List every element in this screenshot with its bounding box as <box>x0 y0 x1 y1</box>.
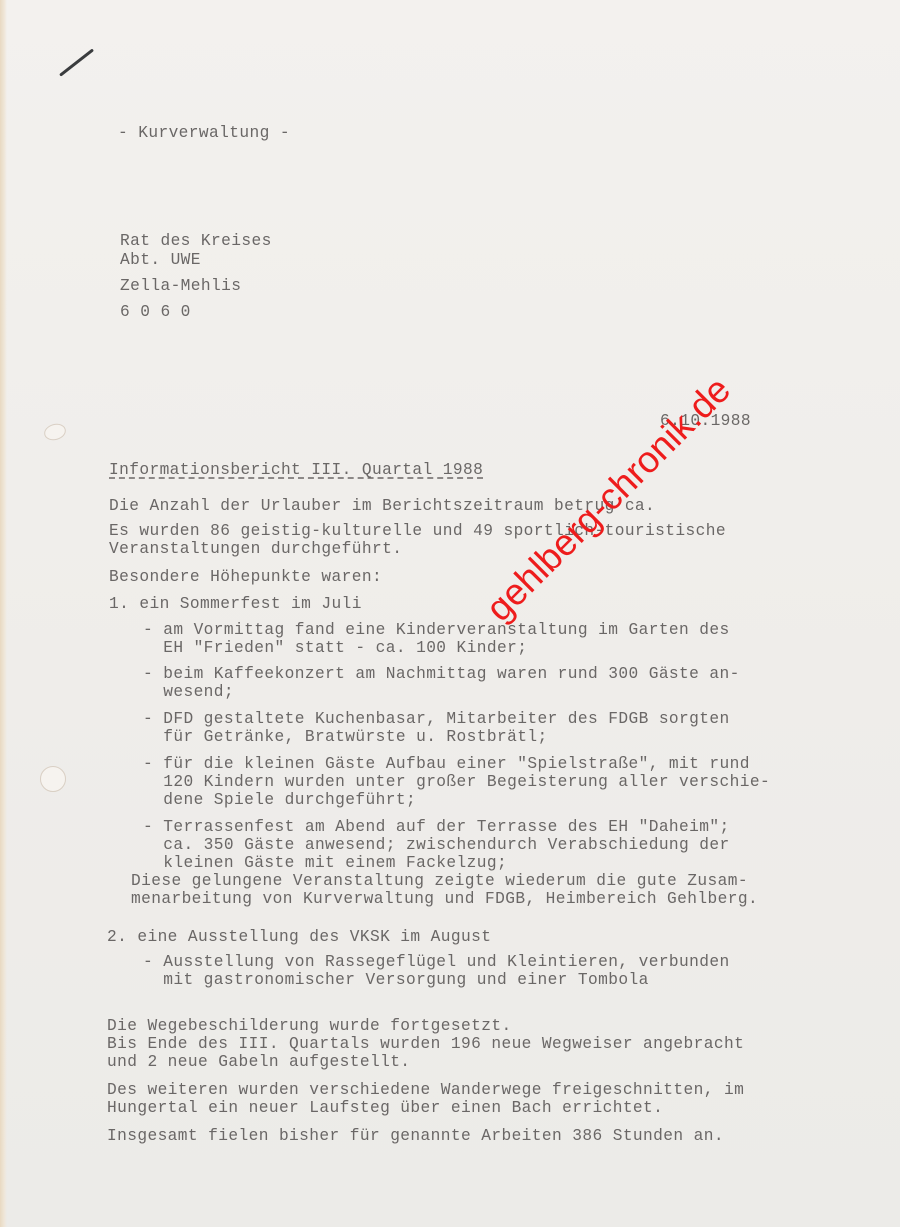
document-page: - Kurverwaltung - Rat des Kreises Abt. U… <box>0 0 900 1227</box>
paper-edge <box>0 0 7 1227</box>
paragraph-events-l1: Es wurden 86 geistig-kulturelle und 49 s… <box>109 522 726 540</box>
paragraph-trails-l2: Hungertal ein neuer Laufsteg über einen … <box>107 1099 663 1117</box>
item1-bullet2-l1: - beim Kaffeekonzert am Nachmittag waren… <box>143 665 740 683</box>
item1-bullet4-l1: - für die kleinen Gäste Aufbau einer "Sp… <box>143 755 750 773</box>
recipient-city: Zella-Mehlis <box>120 277 241 295</box>
paragraph-hours: Insgesamt fielen bisher für genannte Arb… <box>107 1127 724 1145</box>
recipient-line1: Rat des Kreises <box>120 232 272 250</box>
paragraph-signage-l1: Die Wegebeschilderung wurde fortgesetzt. <box>107 1017 512 1035</box>
paragraph-signage-l3: und 2 neue Gabeln aufgestellt. <box>107 1053 410 1071</box>
item1-bullet1-l2: EH "Frieden" statt - ca. 100 Kinder; <box>143 639 527 657</box>
pen-mark <box>59 48 94 76</box>
item1-bullet2-l2: wesend; <box>143 683 234 701</box>
paragraph-events-l2: Veranstaltungen durchgeführt. <box>109 540 402 558</box>
item1-bullet5-l3: kleinen Gäste mit einem Fackelzug; <box>143 854 507 872</box>
recipient-postcode: 6 0 6 0 <box>120 303 191 321</box>
paragraph-signage-l2: Bis Ende des III. Quartals wurden 196 ne… <box>107 1035 744 1053</box>
punch-hole-top <box>42 421 67 442</box>
item2-heading: 2. eine Ausstellung des VKSK im August <box>107 928 491 946</box>
item1-bullet5-l1: - Terrassenfest am Abend auf der Terrass… <box>143 818 730 836</box>
item1-heading: 1. ein Sommerfest im Juli <box>109 595 362 613</box>
paragraph-trails-l1: Des weiteren wurden verschiedene Wanderw… <box>107 1081 744 1099</box>
item2-bullet-l2: mit gastronomischer Versorgung und einer… <box>143 971 649 989</box>
item2-bullet-l1: - Ausstellung von Rassegeflügel und Klei… <box>143 953 730 971</box>
recipient-line2: Abt. UWE <box>120 251 201 269</box>
item1-bullet5-l2: ca. 350 Gäste anwesend; zwischendurch Ve… <box>143 836 730 854</box>
paragraph-highlights: Besondere Höhepunkte waren: <box>109 568 382 586</box>
department-header: - Kurverwaltung - <box>118 124 290 142</box>
item1-summary-l1: Diese gelungene Veranstaltung zeigte wie… <box>131 872 748 890</box>
item1-summary-l2: menarbeitung von Kurverwaltung und FDGB,… <box>131 890 758 908</box>
item1-bullet1-l1: - am Vormittag fand eine Kinderveranstal… <box>143 621 730 639</box>
punch-hole-bottom <box>40 766 66 792</box>
item1-bullet3-l2: für Getränke, Bratwürste u. Rostbrätl; <box>143 728 548 746</box>
item1-bullet3-l1: - DFD gestaltete Kuchenbasar, Mitarbeite… <box>143 710 730 728</box>
document-title: Informationsbericht III. Quartal 1988 <box>109 461 483 479</box>
item1-bullet4-l3: dene Spiele durchgeführt; <box>143 791 416 809</box>
item1-bullet4-l2: 120 Kindern wurden unter großer Begeiste… <box>143 773 770 791</box>
